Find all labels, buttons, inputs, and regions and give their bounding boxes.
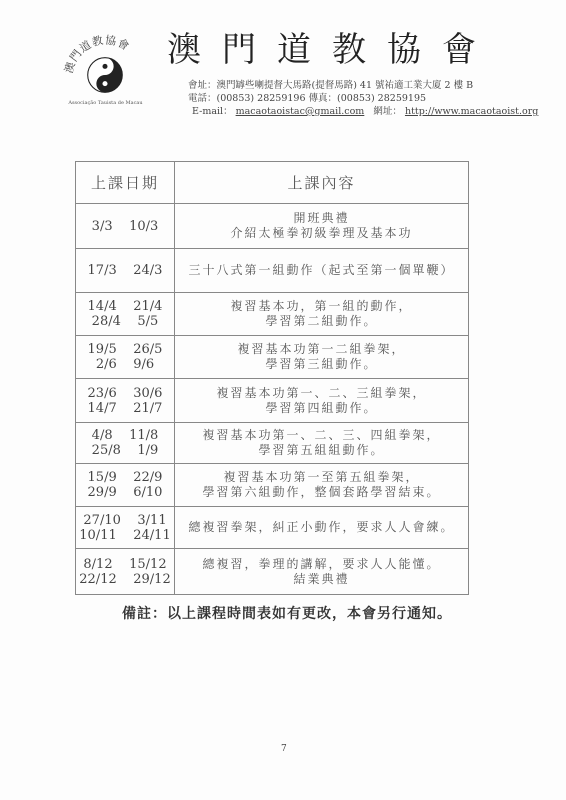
taiji-yin-yang-icon [87, 57, 123, 93]
date-line: 28/4 5/5 [76, 314, 174, 329]
table-row: 4/8 11/825/8 1/9複習基本功第一、二、三、四組拳架，學習第五組組動… [76, 423, 469, 464]
organization-title: 澳門道教協會 [167, 30, 497, 70]
address-line: 會址：澳門罅些喇提督大馬路(提督馬路) 41 號祐適工業大廈 2 樓 B [188, 77, 473, 91]
date-line: 14/4 21/4 [76, 299, 174, 314]
content-line: 複習基本功，第一組的動作， [175, 299, 468, 314]
content-line: 結業典禮 [175, 572, 468, 587]
content-line: 總複習拳架，糾正小動作，要求人人會練。 [175, 520, 468, 535]
table-header-row: 上課日期 上課內容 [76, 162, 469, 204]
date-line: 3/3 10/3 [76, 219, 174, 234]
content-line: 介紹太極拳初級拳理及基本功 [175, 226, 468, 241]
date-line: 22/12 29/12 [76, 572, 174, 587]
header-content: 上課內容 [175, 162, 469, 204]
table-row: 14/4 21/428/4 5/5複習基本功，第一組的動作，學習第二組動作。 [76, 293, 469, 336]
session-dates: 17/3 24/3 [76, 249, 175, 293]
content-line: 學習第三組動作。 [175, 357, 468, 372]
email-link[interactable]: macaotaoistac@gmail.com [236, 106, 365, 117]
website-label: 網址： [373, 106, 402, 117]
session-content: 總複習，拳理的講解，要求人人能懂。結業典禮 [175, 549, 469, 595]
table-row: 3/3 10/3開班典禮介紹太極拳初級拳理及基本功 [76, 204, 469, 249]
course-schedule-table: 上課日期 上課內容 3/3 10/3開班典禮介紹太極拳初級拳理及基本功17/3 … [75, 161, 469, 595]
date-line: 2/6 9/6 [76, 357, 174, 372]
header-date: 上課日期 [76, 162, 175, 204]
date-line: 10/11 24/11 [76, 528, 174, 543]
email-label: E-mail： [192, 106, 233, 117]
table-row: 19/5 26/52/6 9/6複習基本功第一二組拳架，學習第三組動作。 [76, 336, 469, 379]
date-line: 14/7 21/7 [76, 401, 174, 416]
table-row: 17/3 24/3三十八式第一組動作（起式至第一個單鞭） [76, 249, 469, 293]
date-line: 25/8 1/9 [76, 443, 174, 458]
date-line: 29/9 6/10 [76, 485, 174, 500]
session-content: 三十八式第一組動作（起式至第一個單鞭） [175, 249, 469, 293]
date-line: 17/3 24/3 [76, 263, 174, 278]
table-row: 27/10 3/1110/11 24/11總複習拳架，糾正小動作，要求人人會練。 [76, 507, 469, 549]
content-line: 學習第五組組動作。 [175, 443, 468, 458]
website-link[interactable]: http://www.macaotaoist.org [405, 106, 538, 117]
content-line: 學習第四組動作。 [175, 401, 468, 416]
session-content: 總複習拳架，糾正小動作，要求人人會練。 [175, 507, 469, 549]
date-line: 23/6 30/6 [76, 386, 174, 401]
table-row: 23/6 30/614/7 21/7複習基本功第一、二、三組拳架，學習第四組動作… [76, 379, 469, 423]
session-dates: 8/12 15/1222/12 29/12 [76, 549, 175, 595]
content-line: 學習第二組動作。 [175, 314, 468, 329]
session-content: 複習基本功第一二組拳架，學習第三組動作。 [175, 336, 469, 379]
session-content: 開班典禮介紹太極拳初級拳理及基本功 [175, 204, 469, 249]
date-line: 4/8 11/8 [76, 428, 174, 443]
content-line: 複習基本功第一、二、三、四組拳架， [175, 428, 468, 443]
association-logo: 澳門道教協會 Associação Tauista de Macau [58, 30, 153, 110]
session-dates: 27/10 3/1110/11 24/11 [76, 507, 175, 549]
content-line: 總複習，拳理的講解，要求人人能懂。 [175, 557, 468, 572]
table-row: 8/12 15/1222/12 29/12總複習，拳理的講解，要求人人能懂。結業… [76, 549, 469, 595]
session-dates: 3/3 10/3 [76, 204, 175, 249]
session-content: 複習基本功第一、二、三組拳架，學習第四組動作。 [175, 379, 469, 423]
content-line: 複習基本功第一至第五組拳架， [175, 470, 468, 485]
session-dates: 4/8 11/825/8 1/9 [76, 423, 175, 464]
session-dates: 19/5 26/52/6 9/6 [76, 336, 175, 379]
date-line: 15/9 22/9 [76, 470, 174, 485]
content-line: 開班典禮 [175, 211, 468, 226]
session-dates: 14/4 21/428/4 5/5 [76, 293, 175, 336]
session-content: 複習基本功第一至第五組拳架，學習第六組動作，整個套路學習結束。 [175, 464, 469, 507]
date-line: 19/5 26/5 [76, 342, 174, 357]
content-line: 學習第六組動作，整個套路學習結束。 [175, 485, 468, 500]
session-dates: 15/9 22/929/9 6/10 [76, 464, 175, 507]
phone-fax-line: 電話：(00853) 28259196 傳真：(00853) 28259195 [188, 90, 426, 104]
session-content: 複習基本功第一、二、三、四組拳架，學習第五組組動作。 [175, 423, 469, 464]
session-dates: 23/6 30/614/7 21/7 [76, 379, 175, 423]
content-line: 複習基本功第一、二、三組拳架， [175, 386, 468, 401]
page-number: 7 [281, 744, 287, 754]
table-row: 15/9 22/929/9 6/10複習基本功第一至第五組拳架，學習第六組動作，… [76, 464, 469, 507]
content-line: 三十八式第一組動作（起式至第一個單鞭） [175, 263, 468, 278]
logo-caption: Associação Tauista de Macau [58, 100, 153, 106]
contact-line: E-mail： macaotaoistac@gmail.com 網址： http… [192, 103, 538, 117]
content-line: 複習基本功第一二組拳架， [175, 342, 468, 357]
schedule-note: 備註：以上課程時間表如有更改，本會另行通知。 [122, 603, 452, 623]
date-line: 27/10 3/11 [76, 513, 174, 528]
session-content: 複習基本功，第一組的動作，學習第二組動作。 [175, 293, 469, 336]
date-line: 8/12 15/12 [76, 557, 174, 572]
